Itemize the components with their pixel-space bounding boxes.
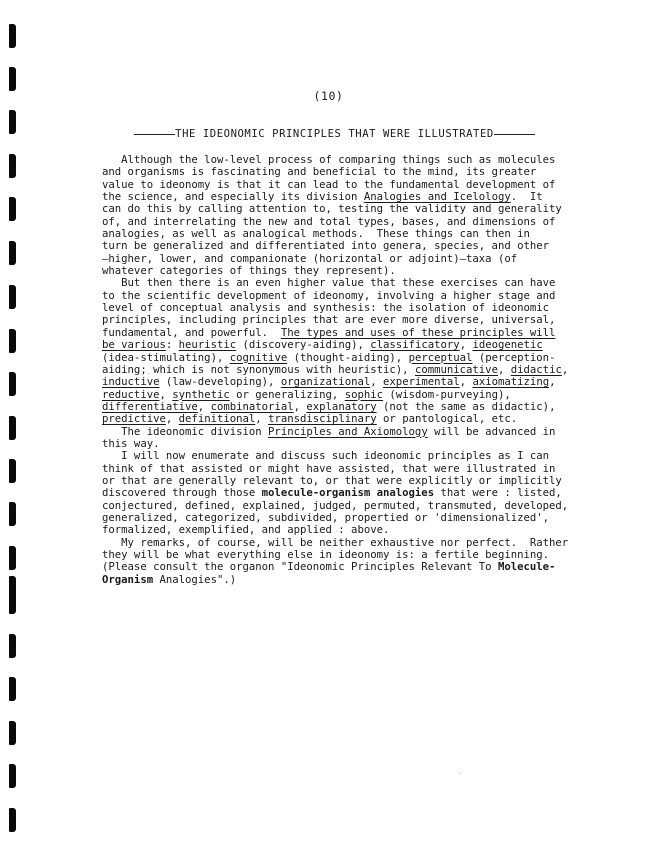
text-run: , (198, 400, 211, 413)
text-run: to the scientific development of ideonom… (102, 289, 555, 302)
underlined-term: combinatorial (211, 400, 294, 413)
binding-holes (9, 0, 21, 850)
underlined-term: sophic (345, 388, 383, 401)
text-run: , (498, 363, 511, 376)
text-run: , (460, 338, 473, 351)
text-run: they will be what everything else in ide… (102, 548, 549, 561)
binding-hole (9, 285, 16, 309)
underlined-term: inductive (102, 375, 159, 388)
underlined-term: axiomatizing (472, 375, 549, 388)
text-run: think of that assisted or might have ass… (102, 462, 555, 475)
binding-hole (9, 677, 16, 701)
underlined-term: didactic (511, 363, 562, 376)
text-line: Organism Analogies".) (102, 574, 572, 586)
text-run: analogies, as well as analogical methods… (102, 227, 530, 240)
binding-hole (9, 329, 16, 353)
binding-hole (9, 546, 16, 570)
binding-hole (9, 808, 16, 832)
text-run: (perception- (472, 351, 555, 364)
heading-rule-right (494, 134, 535, 135)
text-run: (discovery-aiding), (236, 338, 370, 351)
text-run: , (460, 375, 473, 388)
scan-speck (460, 773, 461, 774)
text-run: that were : listed, (434, 486, 562, 499)
binding-hole (9, 197, 16, 221)
text-run: The ideonomic division (102, 425, 268, 438)
underlined-term: cognitive (230, 351, 287, 364)
text-run: this way. (102, 437, 159, 450)
text-run: or that are generally relevant to, or th… (102, 474, 562, 487)
text-run: value to ideonomy is that it can lead to… (102, 178, 555, 191)
underlined-term: predictive (102, 412, 166, 425)
text-run: conjectured, defined, explained, judged,… (102, 499, 568, 512)
text-run: discovered through those (102, 486, 262, 499)
text-run: , (549, 375, 555, 388)
underlined-term: explanatory (306, 400, 376, 413)
text-run: and organisms is fascinating and benefic… (102, 165, 536, 178)
binding-hole (9, 154, 16, 178)
underlined-term: be various (102, 338, 166, 351)
page-number: (10) (0, 89, 657, 103)
binding-hole (9, 764, 16, 788)
underlined-term: The types and uses of these principles w… (281, 326, 556, 339)
text-run: I will now enumerate and discuss such id… (102, 449, 549, 462)
text-run: (thought-aiding), (287, 351, 408, 364)
binding-hole (9, 110, 16, 134)
bold-term: Molecule- (498, 560, 555, 573)
section-heading: THE IDEONOMIC PRINCIPLES THAT WERE ILLUS… (134, 126, 535, 142)
binding-hole (9, 241, 16, 265)
bold-term: molecule-organism analogies (262, 486, 434, 499)
text-run: , (562, 363, 568, 376)
text-run: the science, and especially its division (102, 190, 364, 203)
text-run: (Please consult the organon "Ideonomic P… (102, 560, 498, 573)
text-run: , (159, 388, 172, 401)
text-run: level of conceptual analysis and synthes… (102, 301, 549, 314)
binding-hole (9, 372, 16, 396)
underlined-term: Analogies and Icelology (364, 190, 511, 203)
underlined-term: heuristic (179, 338, 236, 351)
text-run: or generalizing, (230, 388, 345, 401)
text-run: of, and interrelating the new and total … (102, 215, 555, 228)
binding-hole (9, 502, 16, 526)
underlined-term: transdisciplinary (268, 412, 377, 425)
text-run: Although the low-level process of compar… (102, 153, 555, 166)
body-text: Although the low-level process of compar… (102, 154, 572, 586)
text-run: Analogies".) (153, 573, 236, 586)
text-run: can do this by calling attention to, tes… (102, 202, 562, 215)
text-run: (wisdom-purveying), (383, 388, 511, 401)
text-run: turn be generalized and differentiated i… (102, 239, 549, 252)
underlined-term: classificatory (370, 338, 459, 351)
text-run: . It (511, 190, 543, 203)
scan-speck (158, 378, 159, 379)
text-run: fundamental, and powerful. (102, 326, 281, 339)
binding-hole (9, 721, 16, 745)
text-run: principles, including principles that ar… (102, 313, 555, 326)
text-run: will be advanced in (428, 425, 556, 438)
underlined-term: communicative (415, 363, 498, 376)
binding-hole (9, 634, 16, 658)
text-run: —higher, lower, and companionate (horizo… (102, 252, 517, 265)
underlined-term: differentiative (102, 400, 198, 413)
text-run: , (370, 375, 383, 388)
text-run: (not the same as didactic), (377, 400, 556, 413)
underlined-term: organizational (281, 375, 370, 388)
text-run: (idea-stimulating), (102, 351, 230, 364)
underlined-term: reductive (102, 388, 159, 401)
binding-hole (9, 459, 16, 483)
text-run: , (255, 412, 268, 425)
text-line: The ideonomic division Principles and Ax… (102, 426, 572, 438)
underlined-term: synthetic (172, 388, 229, 401)
text-run: whatever categories of things they repre… (102, 264, 396, 277)
text-run: generalized, categorized, subdivided, pr… (102, 511, 549, 524)
section-title: THE IDEONOMIC PRINCIPLES THAT WERE ILLUS… (175, 128, 494, 140)
bold-term: Organism (102, 573, 153, 586)
underlined-term: ideogenetic (472, 338, 542, 351)
underlined-term: perceptual (409, 351, 473, 364)
text-run: (law-developing), (159, 375, 280, 388)
text-run: or pantological, etc. (377, 412, 518, 425)
heading-rule-left (134, 134, 175, 135)
text-run: But then there is an even higher value t… (102, 276, 555, 289)
underlined-term: experimental (383, 375, 460, 388)
binding-hole (9, 24, 16, 48)
binding-hole (9, 416, 16, 440)
underlined-term: Principles and Axiomology (268, 425, 428, 438)
binding-hole (9, 67, 16, 91)
underlined-term: definitional (179, 412, 256, 425)
text-run: : (166, 338, 179, 351)
scan-speck (148, 373, 149, 374)
text-run: My remarks, of course, will be neither e… (102, 536, 568, 549)
binding-hole (9, 590, 16, 614)
text-run: formalized, exemplified, and applied : a… (102, 523, 389, 536)
text-run: , (294, 400, 307, 413)
text-run: , (166, 412, 179, 425)
